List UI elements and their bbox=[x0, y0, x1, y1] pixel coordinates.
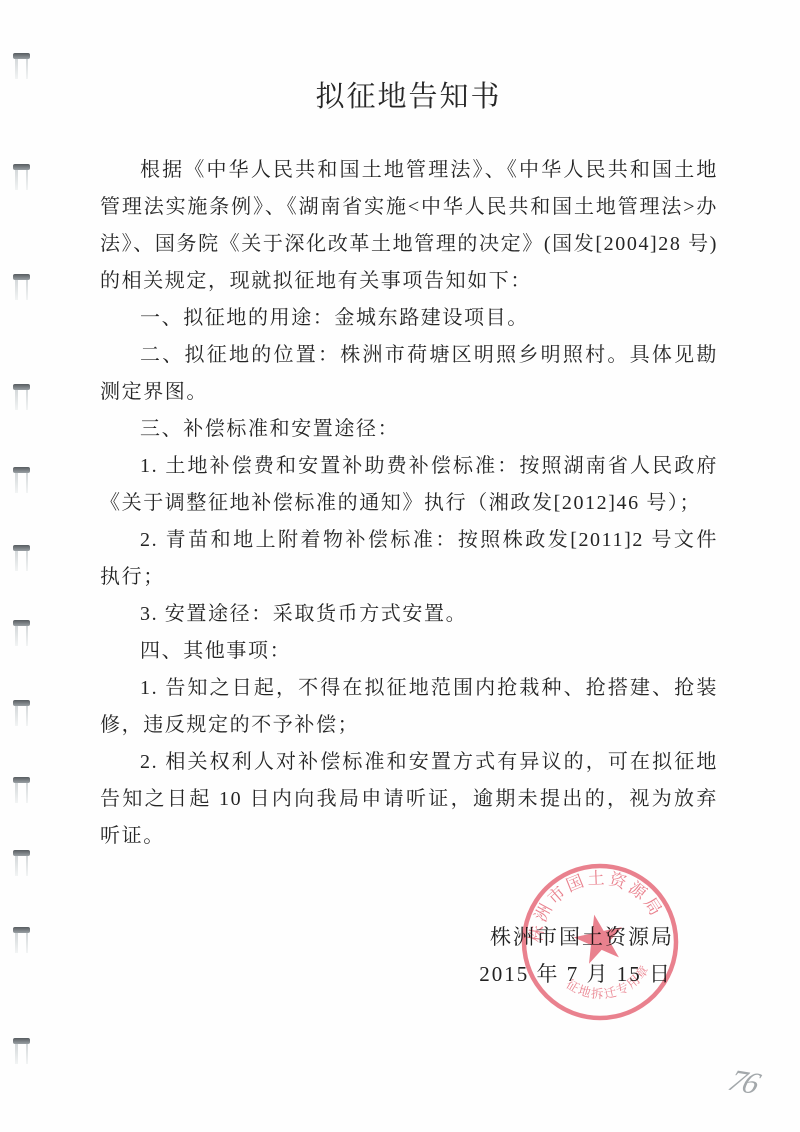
handwritten-page-number: 76 bbox=[724, 1063, 764, 1102]
binder-hole-mark bbox=[13, 545, 30, 573]
document-title: 拟征地告知书 bbox=[100, 74, 717, 115]
binder-hole-mark bbox=[13, 384, 30, 412]
paragraph-item3-heading: 三、补偿标准和安置途径： bbox=[100, 411, 718, 448]
binder-hole-mark bbox=[13, 467, 30, 495]
binder-hole-mark bbox=[13, 620, 30, 648]
scanned-document-page: 拟征地告知书 根据《中华人民共和国土地管理法》、《中华人民共和国土地管理法实施条… bbox=[0, 0, 800, 1132]
paragraph-item3-2-crop-comp: 2. 青苗和地上附着物补偿标准：按照株政发[2011]2 号文件执行； bbox=[100, 522, 718, 596]
signature-date: 2015 年 7 月 15 日 bbox=[479, 956, 674, 993]
binder-hole-mark bbox=[13, 274, 30, 302]
paragraph-item3-1-land-comp: 1. 土地补偿费和安置补助费补偿标准：按照湖南省人民政府《关于调整征地补偿标准的… bbox=[100, 448, 718, 522]
paragraph-item4-1-no-rush: 1. 告知之日起，不得在拟征地范围内抢栽种、抢搭建、抢装修，违反规定的不予补偿； bbox=[100, 670, 718, 744]
binder-hole-mark bbox=[13, 700, 30, 728]
document-body: 根据《中华人民共和国土地管理法》、《中华人民共和国土地管理法实施条例》、《湖南省… bbox=[100, 152, 718, 855]
binder-hole-mark bbox=[13, 164, 30, 192]
signature-block: 株洲市国土资源局 2015 年 7 月 15 日 bbox=[479, 919, 674, 993]
binder-hole-mark bbox=[13, 1038, 30, 1066]
paragraph-item4-heading: 四、其他事项： bbox=[100, 633, 718, 670]
paragraph-item3-3-resettle: 3. 安置途径：采取货币方式安置。 bbox=[100, 596, 718, 633]
binder-hole-mark bbox=[13, 777, 30, 805]
binder-hole-mark bbox=[13, 927, 30, 955]
binder-hole-mark bbox=[13, 850, 30, 878]
paragraph-item2-location: 二、拟征地的位置：株洲市荷塘区明照乡明照村。具体见勘测定界图。 bbox=[100, 337, 718, 411]
signature-organization: 株洲市国土资源局 bbox=[479, 919, 674, 956]
paragraph-item4-2-hearing: 2. 相关权利人对补偿标准和安置方式有异议的，可在拟征地告知之日起 10 日内向… bbox=[100, 744, 718, 855]
paragraph-item1-purpose: 一、拟征地的用途：金城东路建设项目。 bbox=[100, 300, 718, 337]
binder-hole-mark bbox=[13, 53, 30, 81]
paragraph-legal-basis: 根据《中华人民共和国土地管理法》、《中华人民共和国土地管理法实施条例》、《湖南省… bbox=[100, 152, 718, 300]
